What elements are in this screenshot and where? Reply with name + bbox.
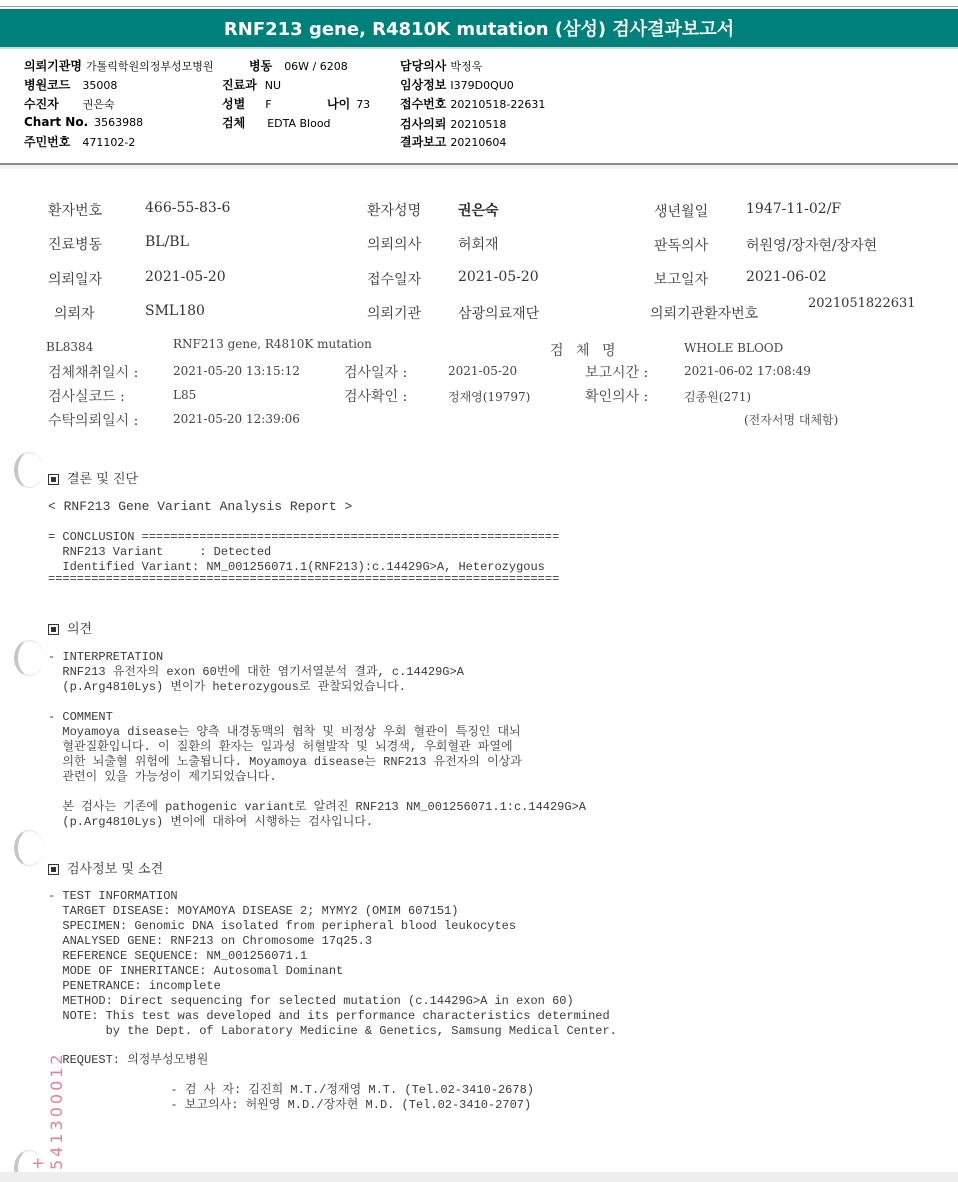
label-ward: 진료병동 [48, 234, 102, 254]
section-opinion-title: 의견 [48, 618, 92, 637]
value-confirm: 정재영(19797) [448, 388, 530, 405]
comment-line: - COMMENT [48, 710, 113, 725]
label-confirm: 검사확인 : [344, 386, 407, 406]
square-bullet-icon [48, 864, 59, 875]
label-reading-doctor: 판독의사 [654, 235, 708, 255]
label-collect: 검체채취일시 : [48, 362, 138, 382]
section-testinfo-title: 검사정보 및 소견 [48, 858, 163, 877]
section-conclusion-title: 결론 및 진단 [48, 468, 138, 487]
testinfo-line: MODE OF INHERITANCE: Autosomal Dominant [48, 964, 343, 979]
label-report-time: 보고시간 : [585, 362, 648, 382]
value-ref-doctor: 허회재 [458, 234, 499, 254]
comment-line: Moyamoya disease는 양측 내경동맥의 협착 및 비정상 우회 혈… [48, 725, 521, 740]
square-bullet-icon [48, 474, 59, 485]
reporter-line: - 보고의사: 허원영 M.D./장자현 M.D. (Tel.02-3410-2… [48, 1098, 531, 1113]
punch-hole-mark [14, 640, 44, 676]
header-field: 병동06W / 6208 [249, 57, 348, 74]
header-field: 임상정보I379D0QU0 [400, 76, 514, 93]
label-requester: 의뢰자 [54, 303, 95, 323]
header-field: 담당의사박정욱 [400, 57, 482, 74]
value-ward: BL/BL [145, 234, 189, 250]
esign-note: (전자서명 대체함) [744, 411, 838, 428]
value-confirm-doctor: 김종원(271) [684, 388, 751, 405]
value-receipt-date: 2021-05-20 [458, 269, 539, 285]
conclusion-line: = CONCLUSION ===========================… [48, 530, 559, 545]
label-report-date: 보고일자 [654, 269, 708, 289]
interpretation-line: (p.Arg4810Lys) 변이가 heterozygous로 관찰되었습니다… [48, 680, 406, 695]
header-field: Chart No.3563988 [24, 115, 143, 129]
value-collect: 2021-05-20 13:15:12 [173, 364, 300, 378]
label-inst-patient-no: 의뢰기관환자번호 [650, 303, 758, 323]
header-field: 수진자권은숙 [24, 95, 115, 112]
header-field: 주민번호471102-2 [24, 133, 135, 150]
label-lab-code: 검사실코드 : [48, 386, 125, 406]
comment-line: 혈관질환입니다. 이 질환의 환자는 일과성 허혈발작 및 뇌경색, 우회혈관 … [48, 740, 513, 755]
punch-hole-mark [14, 830, 44, 866]
interpretation-line: RNF213 유전자의 exon 60번에 대한 염기서열분석 결과, c.14… [48, 665, 464, 680]
top-border [0, 0, 958, 7]
test-code: BL8384 [46, 340, 93, 354]
interpretation-line: - INTERPRETATION [48, 650, 163, 665]
label-request-date: 의뢰일자 [48, 269, 102, 289]
testinfo-line: NOTE: This test was developed and its pe… [48, 1009, 610, 1024]
value-test-date: 2021-05-20 [448, 364, 517, 378]
comment-line: (p.Arg4810Lys) 변이에 대하여 시행하는 검사입니다. [48, 815, 373, 830]
label-test-date: 검사일자 : [344, 362, 407, 382]
label-ref-institution: 의뢰기관 [367, 303, 421, 323]
testinfo-line: - TEST INFORMATION [48, 889, 178, 904]
header-field: 검사의뢰20210518 [400, 115, 506, 132]
testinfo-line: METHOD: Direct sequencing for selected m… [48, 994, 574, 1009]
label-confirm-doctor: 확인의사 : [585, 386, 648, 406]
value-birth: 1947-11-02/F [746, 201, 841, 217]
conclusion-line: ========================================… [48, 572, 559, 587]
value-requester: SML180 [145, 303, 205, 319]
header-field: 결과보고20210604 [400, 133, 506, 150]
testinfo-line: ANALYSED GENE: RNF213 on Chromosome 17q2… [48, 934, 372, 949]
value-ref-institution: 삼광의료재단 [458, 303, 539, 323]
value-report-time: 2021-06-02 17:08:49 [684, 364, 811, 378]
testinfo-line: SPECIMEN: Genomic DNA isolated from peri… [48, 919, 516, 934]
value-reading-doctor: 허원영/장자현/장자현 [746, 235, 877, 255]
side-stamp-number: + 541300012 [28, 1030, 52, 1170]
value-request-date: 2021-05-20 [145, 269, 226, 285]
label-patient-name: 환자성명 [367, 200, 421, 220]
testinfo-line: TARGET DISEASE: MOYAMOYA DISEASE 2; MYMY… [48, 904, 458, 919]
square-bullet-icon [48, 624, 59, 635]
value-patient-no: 466-55-83-6 [145, 200, 230, 216]
value-consign: 2021-05-20 12:39:06 [173, 412, 300, 426]
header-field: 검체EDTA Blood [222, 114, 331, 131]
label-consign: 수탁의뢰일시 : [48, 410, 138, 430]
bottom-bar [0, 1172, 958, 1182]
header-field: 접수번호20210518-22631 [400, 95, 545, 112]
label-patient-no: 환자번호 [48, 200, 102, 220]
comment-line: 의한 뇌출혈 위험에 노출됩니다. Moyamoya disease는 RNF2… [48, 755, 522, 770]
header-field-age: 나이73 [327, 95, 370, 112]
tester-line: - 검 사 자: 김진희 M.T./정재영 M.T. (Tel.02-3410-… [48, 1083, 534, 1098]
value-patient-name: 권은숙 [458, 200, 499, 220]
report-title: RNF213 gene, R4810K mutation (삼성) 검사결과보고… [0, 9, 958, 49]
label-ref-doctor: 의뢰의사 [367, 234, 421, 254]
header-field: 진료과NU [222, 76, 281, 93]
testinfo-line: PENETRANCE: incomplete [48, 979, 221, 994]
value-inst-patient-no: 2021051822631 [808, 297, 918, 311]
label-receipt-date: 접수일자 [367, 269, 421, 289]
value-lab-code: L85 [173, 388, 196, 402]
value-report-date: 2021-06-02 [746, 269, 827, 285]
testinfo-line: REFERENCE SEQUENCE: NM_001256071.1 [48, 949, 307, 964]
divider-shadow [0, 165, 958, 169]
label-specimen: 검 체 명 [550, 340, 615, 360]
header-field: 병원코드35008 [24, 76, 117, 93]
request-line: REQUEST: 의정부성모병원 [48, 1053, 208, 1068]
label-birth: 생년월일 [654, 201, 708, 221]
punch-hole-mark [14, 452, 44, 488]
test-name: RNF213 gene, R4810K mutation [173, 337, 372, 351]
header-field: 성별F [222, 95, 272, 112]
comment-line: 본 검사는 기존에 pathogenic variant로 알려진 RNF213… [48, 800, 586, 815]
report-name: < RNF213 Gene Variant Analysis Report > [48, 499, 352, 514]
value-specimen: WHOLE BLOOD [684, 341, 783, 355]
header-field: 의뢰기관명가톨릭학원의정부성모병원 [24, 57, 213, 74]
comment-line: 관련이 있을 가능성이 제기되었습니다. [48, 770, 277, 785]
conclusion-line: RNF213 Variant : Detected [48, 545, 271, 560]
testinfo-line: by the Dept. of Laboratory Medicine & Ge… [48, 1024, 617, 1039]
